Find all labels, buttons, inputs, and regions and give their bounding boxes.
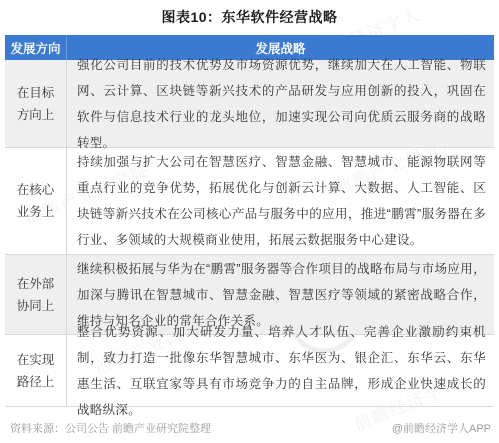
column-header-direction: 发展方向	[5, 35, 67, 60]
row-direction-label: 在实现路径上	[5, 335, 67, 406]
figure-title: 图表10：东华软件经营战略	[0, 0, 499, 27]
row-direction-label: 在外部协同上	[5, 255, 67, 334]
row-direction-label: 在核心业务上	[5, 148, 67, 254]
table-row: 在核心业务上 持续加强与扩大公司在智慧医疗、智慧金融、智慧城市、能源物联网等重点…	[5, 148, 494, 255]
strategy-table: 发展方向 发展战略 在目标方向上 强化公司目前的技术优势及市场资源优势，继续加大…	[5, 35, 494, 407]
row-strategy-text: 强化公司目前的技术优势及市场资源优势，继续加大在人工智能、物联网、云计算、区块链…	[77, 52, 486, 156]
table-row: 在实现路径上 整合优势资源、加大研发力量、培养人才队伍、完善企业激励约束机制，致…	[5, 335, 494, 407]
row-direction-label: 在目标方向上	[5, 60, 67, 147]
table-row: 在目标方向上 强化公司目前的技术优势及市场资源优势，继续加大在人工智能、物联网、…	[5, 60, 494, 148]
footer: 资料来源：公司公告 前瞻产业研究院整理 @前瞻经济学人APP	[0, 418, 499, 438]
row-strategy-text: 整合优势资源、加大研发力量、培养人才队伍、完善企业激励约束机制，致力打造一批像东…	[77, 319, 486, 423]
source-note: 资料来源：公司公告 前瞻产业研究院整理	[10, 420, 211, 436]
row-strategy-text: 持续加强与扩大公司在智慧医疗、智慧金融、智慧城市、能源物联网等重点行业的竞争优势…	[77, 149, 486, 253]
brand-note: @前瞻经济学人APP	[392, 420, 491, 436]
